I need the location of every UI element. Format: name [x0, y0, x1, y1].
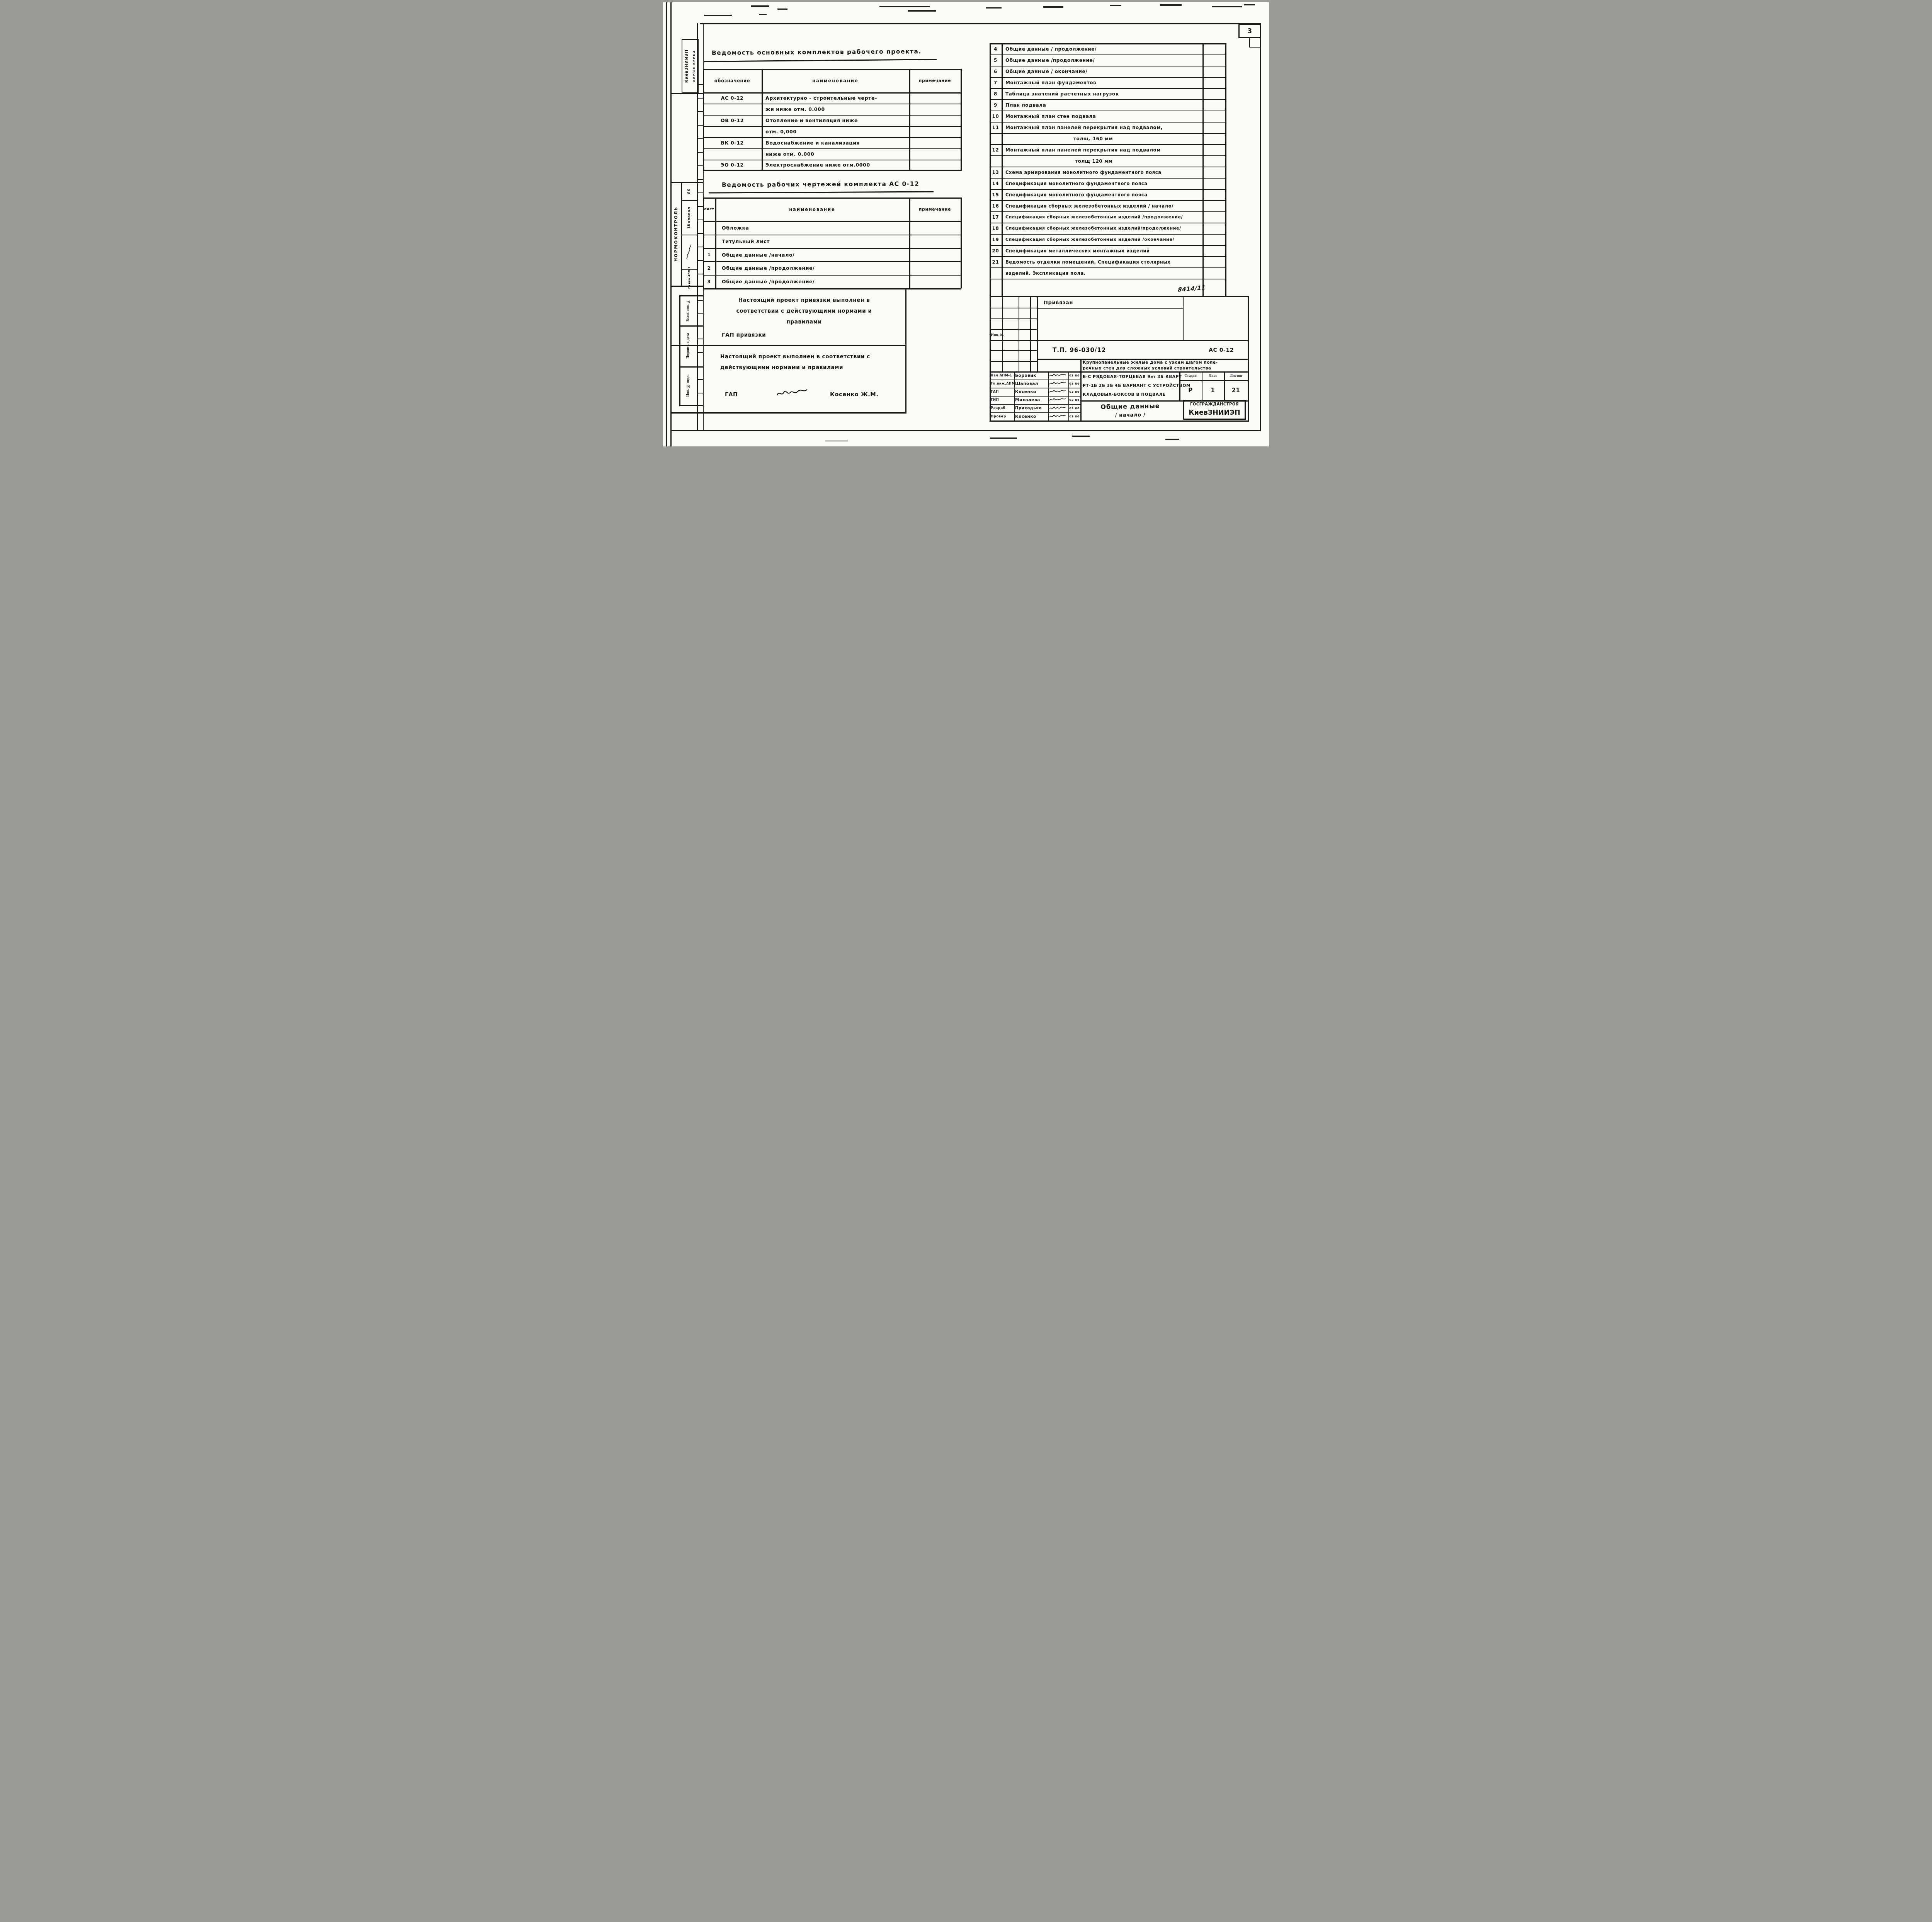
signer-name: Шаповал — [1015, 380, 1048, 388]
kits-row-name: отм. 0,000 — [765, 126, 908, 137]
scan-artifact — [1110, 5, 1121, 6]
list-row-num: 10 — [990, 111, 1002, 122]
sidebar-line — [679, 405, 703, 406]
list-row-num: 7 — [990, 77, 1002, 88]
note1-line2: соответствии с действующими нормами и — [706, 306, 903, 316]
drawings-table-title: Ведомость рабочих чертежей комплекта АС … — [722, 180, 919, 189]
drawings-row-sheet: 1 — [703, 248, 715, 261]
inv-number-label: Инв. № — [991, 330, 1018, 340]
table-line — [703, 170, 961, 171]
normcontrol-label: НОРМОКОНТРОЛЬ — [673, 206, 679, 262]
drawings-row-name: Общие данные /начало/ — [722, 248, 907, 261]
list-row-name: Спецификация сборных железобетонных изде… — [1005, 234, 1201, 245]
list-row-num: 17 — [990, 211, 1002, 223]
organization-line1: ГОСГРАЖДАНСТРОЯ — [1184, 402, 1245, 407]
sheets-value: 21 — [1224, 380, 1248, 400]
titleblock-line — [990, 350, 1037, 351]
title-underline — [709, 191, 934, 193]
scan-artifact — [986, 7, 1002, 9]
scan-artifact — [1244, 4, 1255, 5]
scan-artifact — [1072, 436, 1090, 437]
note-box-line — [905, 345, 906, 413]
normcontrol-name-cell: Шаповал — [681, 200, 697, 235]
frame-label-inv-podl-cell: Инв. № подл. — [679, 366, 697, 405]
scan-artifact — [990, 438, 1017, 439]
kits-table-title: Ведомость основных комплектов рабочего п… — [712, 48, 922, 56]
margin-tick — [697, 300, 704, 301]
note2-name: Косенко Ж.М. — [830, 389, 900, 400]
kits-row-name: ниже отм. 0.000 — [765, 148, 908, 160]
signer-role: Нач АПМ-1 — [991, 371, 1014, 380]
organization-line2: КиевЗНИИЭП — [1184, 407, 1245, 418]
copy-stamp-org: КиевЗНИИЭП — [682, 40, 691, 92]
note2-line2: действующими нормами и правилами — [720, 363, 902, 373]
titleblock-line — [1248, 296, 1249, 420]
list-row-name: Общие данные /продолжение/ — [1005, 54, 1201, 66]
signature-icon — [1049, 373, 1066, 378]
list-row-name: Монтажный план панелей перекрытия над по… — [1005, 122, 1201, 133]
signer-role: Провер — [991, 412, 1014, 420]
list-row-name: Монтажный план стен подвала — [1005, 111, 1201, 122]
signature-icon — [683, 243, 695, 261]
list-row-name: Спецификация монолитного фундаментного п… — [1005, 178, 1201, 189]
copy-stamp-org-label: КиевЗНИИЭП — [685, 49, 689, 83]
kits-row-code: ВК 0-12 — [703, 137, 762, 148]
list-row-name: Спецификация сборных железобетонных изде… — [1005, 200, 1201, 211]
note-box-line — [905, 288, 906, 346]
kits-row-code: АС 0-12 — [703, 92, 762, 104]
scan-artifact — [704, 15, 732, 16]
sidebar-line — [670, 286, 703, 287]
page-background: 3 КиевЗНИИЭП КОПИЯ ВЕРНА НОРМОКОНТРОЛЬ 8… — [0, 0, 1932, 449]
scan-artifact — [908, 10, 936, 12]
list-row-num: 11 — [990, 122, 1002, 133]
title-underline — [704, 59, 937, 62]
copy-stamp-note-label: КОПИЯ ВЕРНА — [692, 50, 696, 82]
frame-line — [670, 430, 1261, 431]
list-row-name: Спецификация сборных железобетонных изде… — [1005, 223, 1201, 234]
titleblock-line — [990, 329, 1037, 330]
object-line2: РТ-1Б 2Б 3Б 4Б ВАРИАНТ С УСТРОЙСТВОМ — [1083, 381, 1179, 390]
drawings-row-sheet: 3 — [703, 275, 715, 288]
titleblock-line — [1037, 308, 1184, 309]
signature-icon — [1049, 414, 1066, 419]
table-line — [1202, 43, 1204, 296]
drawings-row-name: Общие данные /продолжение/ — [722, 275, 907, 288]
table-line — [1002, 43, 1003, 296]
sidebar-line — [670, 93, 703, 94]
frame-line — [700, 23, 1261, 24]
signer-name: Косенко — [1015, 388, 1048, 396]
list-row-continuation: толщ 120 мм — [1075, 155, 1160, 167]
frame-label-inv-podl: Инв. № подл. — [686, 375, 690, 397]
signer-role: ГАП — [991, 388, 1014, 396]
page-number: 3 — [1238, 24, 1261, 38]
list-row-name: Монтажный план фундаментов — [1005, 77, 1201, 88]
normcontrol-name: Шаповал — [687, 207, 691, 228]
signer-role: Разраб — [991, 404, 1014, 412]
list-row-name: Спецификация монолитного фундаментного п… — [1005, 189, 1201, 200]
table-line — [961, 69, 962, 171]
note2-line1: Настоящий проект выполнен в соответствии… — [720, 352, 902, 362]
signer-role: ГИП — [991, 396, 1014, 404]
scan-artifact — [777, 9, 787, 10]
doc-code: Т.П. 96-030/12 — [1053, 344, 1138, 356]
kits-header-name: наименование — [762, 69, 909, 92]
drawings-row-name: Обложка — [722, 221, 907, 235]
list-row-num: 6 — [990, 66, 1002, 77]
drawings-row-name: Общие данные /продолжение/ — [722, 261, 907, 275]
list-row-num: 14 — [990, 178, 1002, 189]
kits-header-note: примечание — [909, 69, 961, 92]
table-line — [1225, 43, 1226, 296]
list-row-num: 21 — [990, 256, 1002, 267]
signature-icon — [1049, 381, 1066, 386]
kits-row-name: жи ниже отм. 0.000 — [765, 104, 908, 115]
note-box-line — [670, 412, 906, 414]
margin-tick — [697, 339, 704, 339]
list-row-num: 16 — [990, 200, 1002, 211]
list-row-num: 15 — [990, 189, 1002, 200]
sheet-header: Лист — [1202, 371, 1224, 380]
normcontrol-year: 86 — [687, 189, 691, 194]
signature-icon — [1049, 389, 1066, 394]
object-line3: КЛАДОВЫХ-БОКСОВ В ПОДВАЛЕ — [1083, 390, 1179, 399]
signer-date: 03 86 — [1068, 396, 1080, 404]
signer-name: Косенко — [1015, 412, 1048, 420]
note1-line3: правилами — [706, 317, 903, 327]
list-row-name: Ведомость отделки помещений. Спецификаци… — [1005, 256, 1201, 267]
list-row-num: 12 — [990, 144, 1002, 155]
list-row-num: 13 — [990, 167, 1002, 178]
drawings-row-sheet: 2 — [703, 261, 715, 275]
scan-artifact — [825, 441, 848, 441]
scan-artifact — [1160, 4, 1182, 6]
kits-row-name: Архитектурно - строительные черте- — [765, 92, 908, 104]
margin-tick — [697, 393, 704, 393]
scan-artifact — [751, 5, 769, 7]
list-row-num: 18 — [990, 223, 1002, 234]
signature-icon — [776, 386, 809, 399]
frame-line — [666, 2, 667, 446]
scan-artifact — [1043, 6, 1063, 8]
titleblock-line — [990, 361, 1037, 362]
list-row-continuation: изделий. Экспликация пола. — [1005, 267, 1201, 279]
titleblock-line — [990, 420, 1249, 422]
frame-label-vzam-cell: Взам. инв. № — [679, 295, 697, 325]
kits-row-code: ОВ 0-12 — [703, 115, 762, 126]
list-row-name: Таблица значений расчетных нагрузок — [1005, 88, 1201, 99]
frame-label-vzam: Взам. инв. № — [686, 300, 690, 322]
table-line — [990, 279, 1225, 279]
normcontrol-year-cell: 86 — [681, 182, 697, 200]
kits-row-name: Отопление и вентиляция ниже — [765, 115, 908, 126]
titleblock-line — [990, 318, 1037, 319]
margin-tick — [697, 179, 704, 180]
series-line2: речных стен для сложных условий строител… — [1083, 365, 1247, 371]
list-row-name: План подвала — [1005, 99, 1201, 111]
table-line — [961, 197, 962, 288]
attached-label: Привязан — [1044, 297, 1121, 308]
scan-artifact — [759, 14, 767, 15]
series-line1: Крупнопанельные жилые дома с узким шагом… — [1083, 359, 1247, 366]
stage-header: Стадия — [1179, 371, 1202, 380]
kits-header-code: обозначение — [703, 69, 762, 92]
drawings-header-name: наименование — [715, 197, 909, 221]
signer-name: Михалева — [1015, 396, 1048, 404]
doc-title-line2: / начало / — [1082, 410, 1179, 420]
titleblock-line — [1080, 359, 1082, 420]
list-row-num: 5 — [990, 54, 1002, 66]
scan-artifact — [1165, 439, 1179, 440]
normcontrol-cell: НОРМОКОНТРОЛЬ — [670, 182, 681, 286]
signer-role: Гл.инж.АПМ — [991, 380, 1014, 388]
signer-name: Приходько — [1015, 404, 1048, 412]
list-row-num: 4 — [990, 43, 1002, 54]
margin-tick — [697, 192, 704, 193]
normcontrol-signature-cell — [681, 235, 697, 269]
titleblock-line — [990, 340, 1249, 341]
frame-line — [1260, 23, 1261, 431]
signer-date: 03 86 — [1068, 371, 1080, 380]
signer-date: 03 86 — [1068, 388, 1080, 396]
object-line1: Б-С РЯДОВАЯ-ТОРЦЕВАЯ 9эт 3Б КВАРТ — [1083, 373, 1179, 381]
sheet-value: 1 — [1202, 380, 1224, 400]
kits-row-code: ЭО 0-12 — [703, 160, 762, 170]
list-row-num: 19 — [990, 234, 1002, 245]
list-row-name: Общие данные / окончание/ — [1005, 66, 1201, 77]
frame-line — [1249, 38, 1250, 47]
margin-tick — [697, 379, 704, 380]
margin-tick — [697, 352, 704, 353]
copy-stamp-note: КОПИЯ ВЕРНА — [690, 40, 698, 92]
margin-tick — [697, 313, 704, 314]
list-row-num: 8 — [990, 88, 1002, 99]
list-row-continuation: толщ. 160 мм — [1073, 133, 1158, 144]
list-row-name: Спецификация сборных железобетонных изде… — [1005, 211, 1201, 223]
note2-role: ГАП — [725, 389, 756, 400]
titleblock-line — [990, 308, 1037, 308]
sheets-header: Листов — [1224, 371, 1248, 380]
table-line — [703, 288, 961, 289]
note1-role: ГАП привязки — [722, 330, 838, 340]
stage-value: Р — [1179, 380, 1202, 400]
kits-row-name: Электроснабжение ниже отм.0000 — [765, 160, 908, 170]
frame-line — [1249, 47, 1261, 48]
signer-name: Боровик — [1015, 371, 1048, 380]
drawings-row-name: Титульный лист — [722, 235, 907, 248]
note-box-line — [670, 345, 906, 346]
list-row-num: 9 — [990, 99, 1002, 111]
list-row-name: Схема армирования монолитного фундаментн… — [1005, 167, 1201, 178]
signature-icon — [1049, 397, 1066, 402]
drawing-sheet: 3 КиевЗНИИЭП КОПИЯ ВЕРНА НОРМОКОНТРОЛЬ 8… — [663, 2, 1269, 446]
list-row-name: Монтажный план панелей перекрытия над по… — [1005, 144, 1201, 155]
signer-date: 03 86 — [1068, 412, 1080, 420]
list-row-name: Спецификация металлических монтажных изд… — [1005, 245, 1201, 256]
list-row-name: Общие данные / продолжение/ — [1005, 43, 1201, 54]
scan-artifact — [879, 6, 930, 7]
drawings-header-sheet: лист — [702, 197, 716, 221]
kits-row-name: Водоснабжение и канализация — [765, 137, 908, 148]
signer-date: 03 86 — [1068, 404, 1080, 412]
signature-icon — [1049, 405, 1066, 411]
titleblock-line — [1037, 296, 1038, 371]
signer-date: 03 86 — [1068, 380, 1080, 388]
scan-artifact — [1212, 6, 1242, 7]
drawings-header-note: примечание — [909, 197, 961, 221]
titleblock-line — [1183, 296, 1184, 340]
kit-code: АС 0-12 — [1209, 344, 1243, 356]
note1-line1: Настоящий проект привязки выполнен в — [706, 295, 903, 305]
normcontrol-role-cell: Гл инж АПМ-1 — [681, 269, 697, 286]
normcontrol-role: Гл инж АПМ-1 — [688, 267, 691, 289]
handwritten-order-number: 8414/11 — [1177, 280, 1220, 296]
list-row-num: 20 — [990, 245, 1002, 256]
